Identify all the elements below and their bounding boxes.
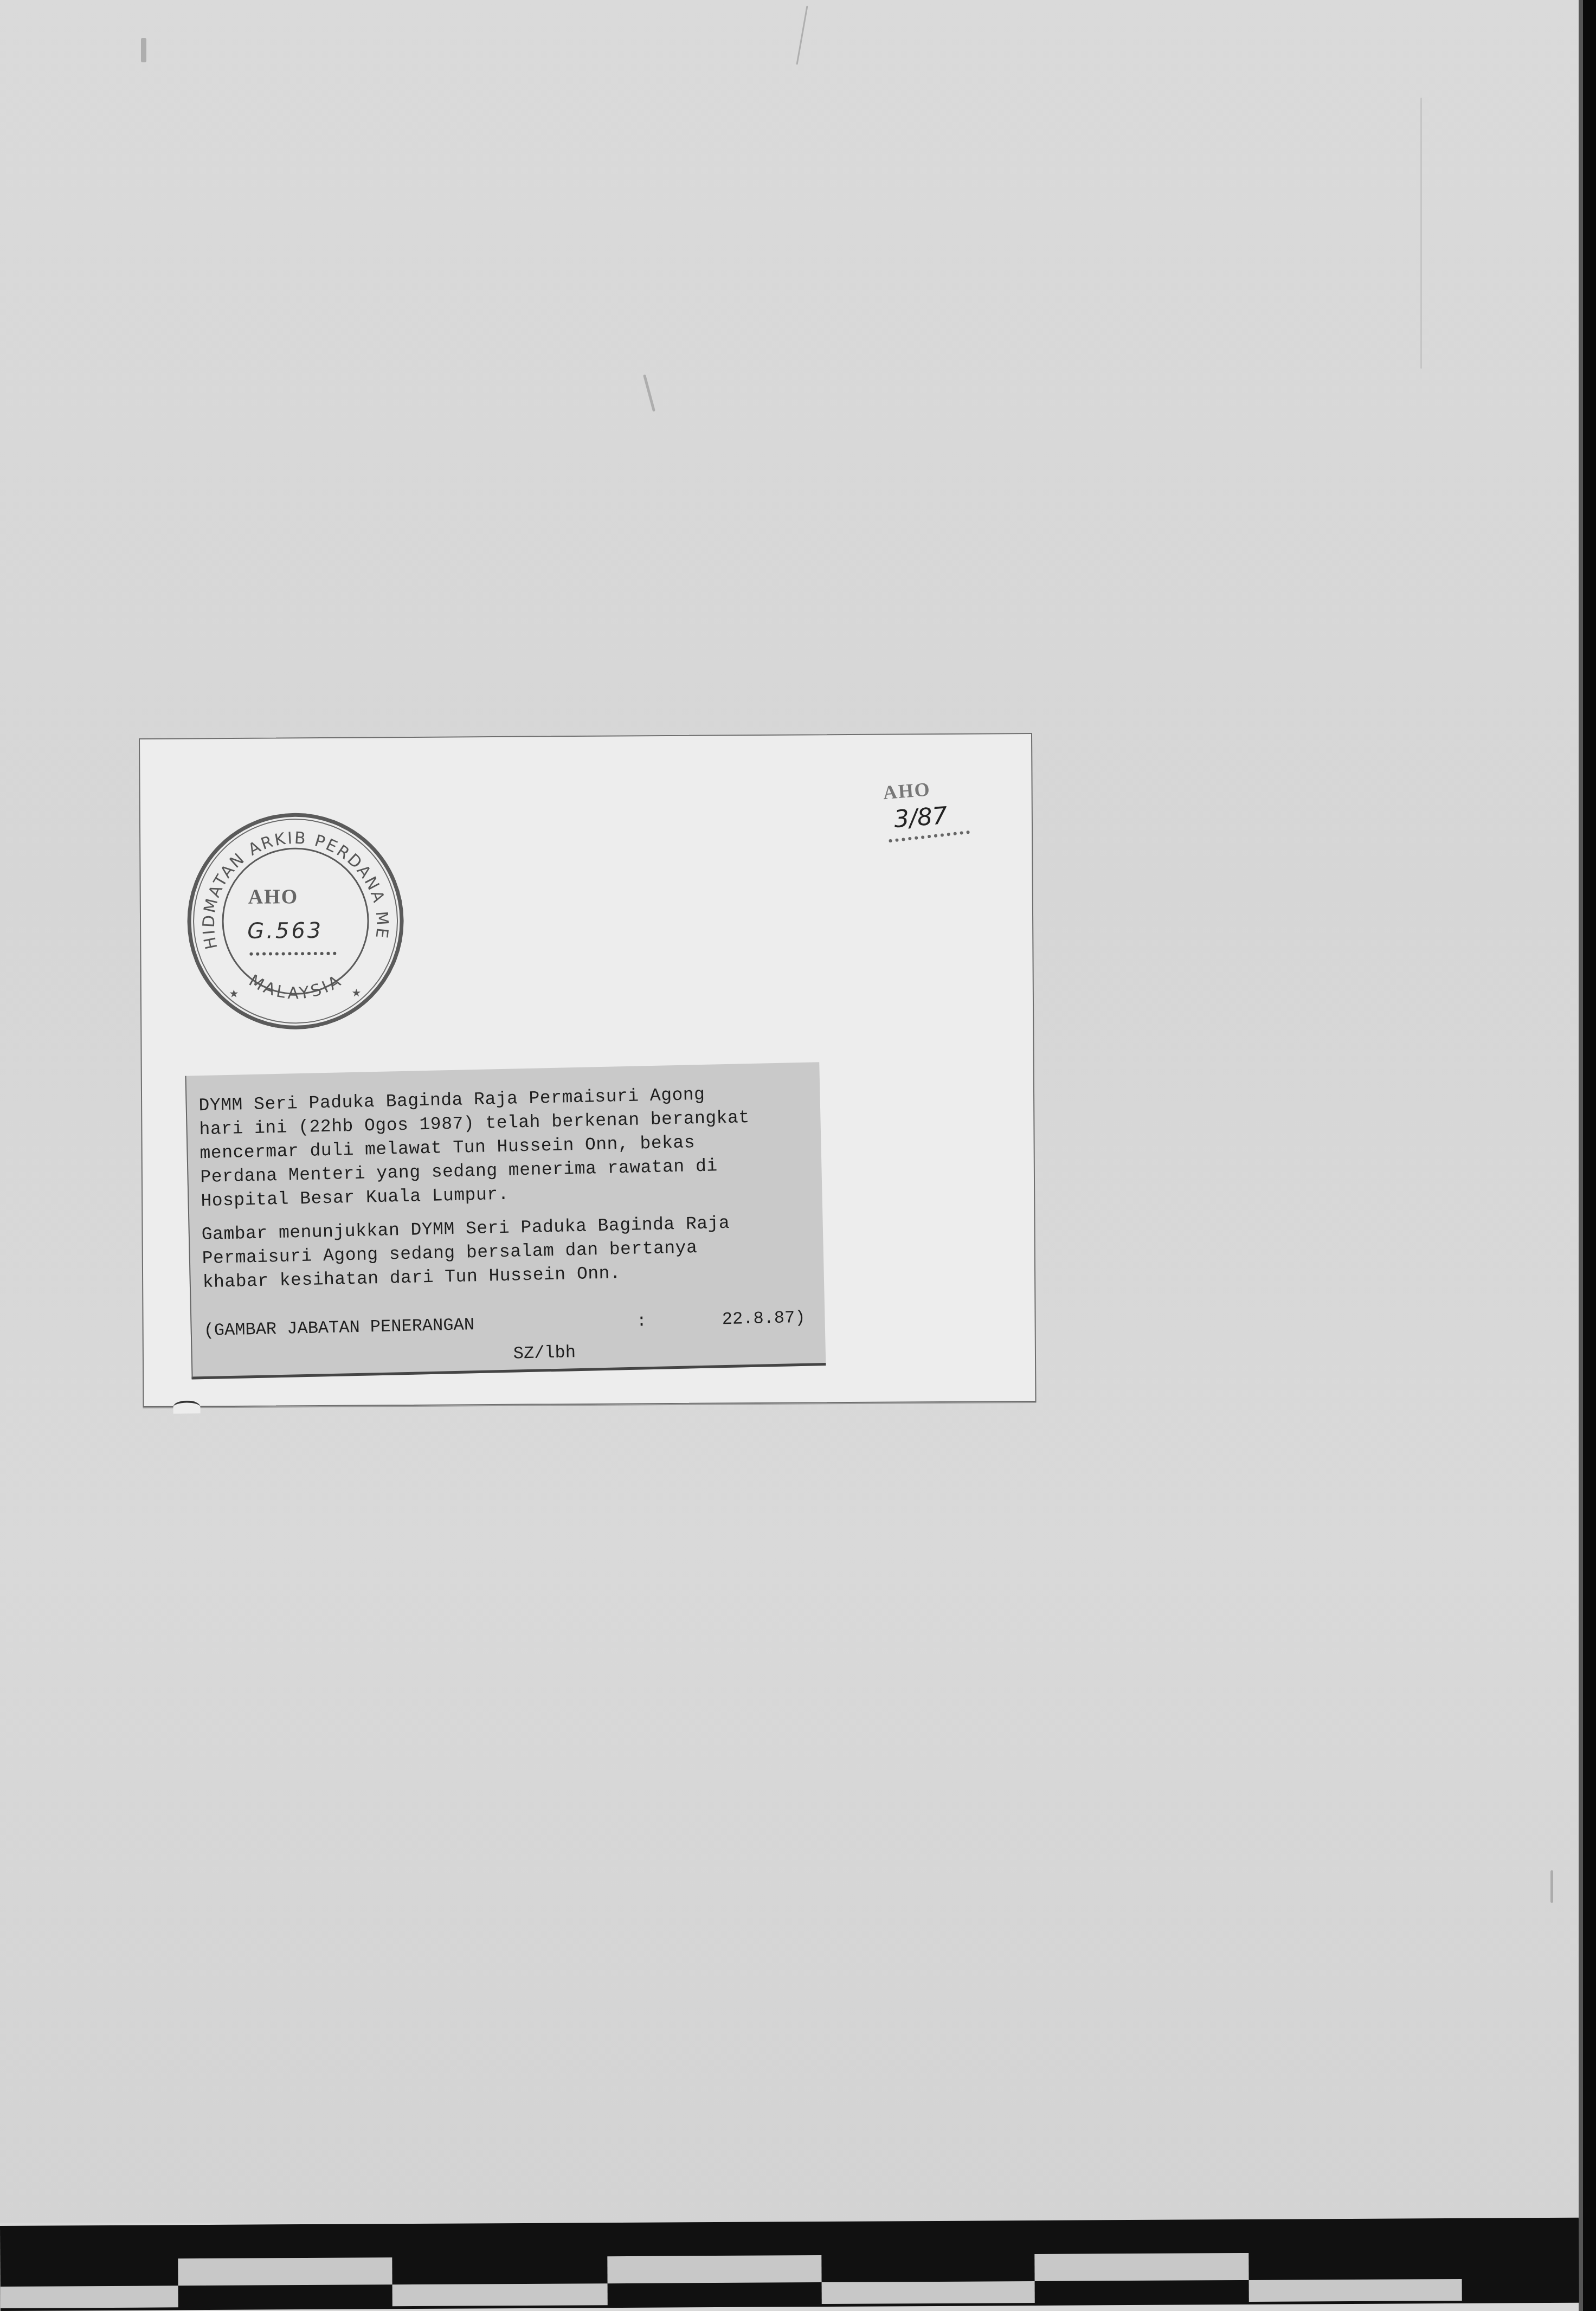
caption-label: DYMM Seri Paduka Baginda Raja Permaisuri… <box>185 1062 826 1379</box>
calibration-block <box>1 2286 178 2308</box>
photo-card: PERKHIDMATAN ARKIB PERDANA MENTERI MALAY… <box>139 733 1037 1407</box>
stamp-handwritten-number: G.563 <box>247 918 323 944</box>
caption-paragraph: DYMM Seri Paduka Baginda Raja Permaisuri… <box>198 1081 809 1213</box>
caption-date: 22.8.87) <box>722 1308 805 1329</box>
photo-credit: (GAMBAR JABATAN PENERANGAN <box>203 1315 474 1341</box>
caption-paragraph: Gambar menunjukkan DYMM Seri Paduka Bagi… <box>201 1210 811 1295</box>
calibration-block <box>392 2283 608 2306</box>
scratch-mark <box>796 6 808 65</box>
scratch-mark <box>141 38 146 62</box>
reference-label: AHO <box>882 775 970 804</box>
star-icon: ★ <box>352 985 361 1002</box>
scratch-mark <box>1550 1870 1553 1903</box>
calibration-block <box>1034 2253 1249 2281</box>
archive-stamp: PERKHIDMATAN ARKIB PERDANA MENTERI MALAY… <box>184 809 407 1033</box>
scan-border-right <box>1579 0 1596 2311</box>
calibration-block <box>607 2255 821 2283</box>
reference-handwritten-number: 3/87 <box>893 800 970 833</box>
star-icon: ★ <box>229 986 239 1002</box>
stamp-dotted-line <box>249 952 336 956</box>
calibration-block <box>1249 2279 1462 2302</box>
calibration-block <box>822 2281 1035 2304</box>
caption-footer: (GAMBAR JABATAN PENERANGAN : 22.8.87) <box>203 1308 812 1341</box>
credit-separator: : <box>636 1311 647 1331</box>
card-notch <box>173 1400 200 1413</box>
scan-calibration-strip <box>0 2218 1579 2311</box>
reference-mark: AHO 3/87 <box>883 778 970 839</box>
stamp-label: AHO <box>248 885 299 909</box>
svg-text:MALAYSIA: MALAYSIA <box>246 970 346 1003</box>
scratch-mark <box>1420 98 1422 369</box>
caption-reference-code: SZ/lbh <box>513 1337 813 1364</box>
scratch-mark <box>643 375 655 412</box>
stamp-ring-text-bottom: MALAYSIA <box>246 970 346 1003</box>
calibration-block <box>178 2257 392 2286</box>
